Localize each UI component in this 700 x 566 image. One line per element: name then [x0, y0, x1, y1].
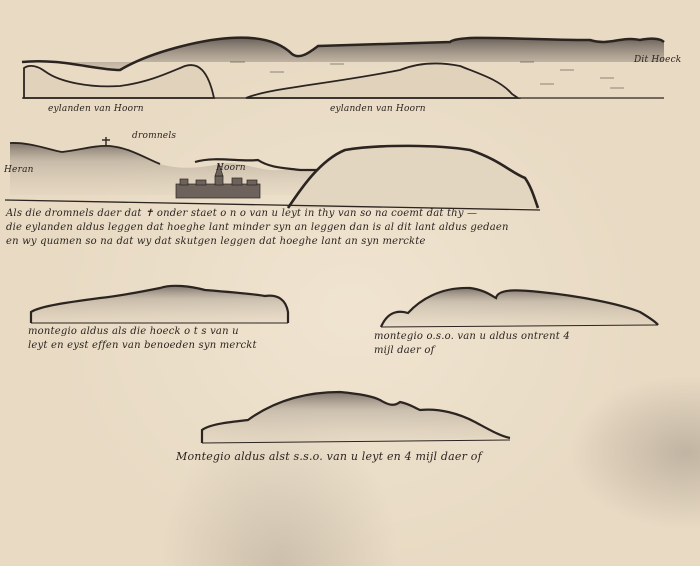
profile-5-caption: Montegio aldus alst s.s.o. van u leyt en… [176, 450, 482, 463]
profile-3-caption-line-2: leyt en eyst effen van benoeden syn merc… [28, 339, 257, 353]
profile-1-drawing [22, 38, 664, 98]
profile-4-drawing [381, 288, 658, 327]
description-paragraph: Als die dromnels daer dat ✝ onder staet … [6, 207, 509, 249]
profile-4-caption-line-1: montegio o.s.o. van u aldus ontrent 4 [374, 330, 570, 344]
coastal-profile-drawings [0, 0, 700, 566]
profile-1-label-right: Dit Hoeck [634, 55, 681, 65]
profile-3-caption: montegio aldus als die hoeck o t s van u… [28, 325, 257, 353]
profile-2-label-church: dromnels [132, 131, 176, 141]
profile-4-caption-line-2: mijl daer of [374, 344, 570, 358]
manuscript-page: eylanden van Hoorn eylanden van Hoorn Di… [0, 0, 700, 566]
profile-2-drawing [5, 137, 540, 210]
profile-5-drawing [202, 392, 510, 443]
profile-2-label-town: Hoorn [216, 163, 246, 173]
profile-3-drawing [31, 286, 288, 323]
profile-1-caption-right: eylanden van Hoorn [330, 104, 426, 114]
profile-4-caption: montegio o.s.o. van u aldus ontrent 4 mi… [374, 330, 570, 358]
profile-3-caption-line-1: montegio aldus als die hoeck o t s van u [28, 325, 257, 339]
paragraph-line-1: Als die dromnels daer dat ✝ onder staet … [6, 207, 509, 221]
profile-1-caption-left: eylanden van Hoorn [48, 104, 144, 114]
profile-2-label-left: Heran [4, 165, 34, 175]
paragraph-line-2: die eylanden aldus leggen dat hoeghe lan… [6, 221, 509, 235]
paragraph-line-3: en wy quamen so na dat wy dat skutgen le… [6, 235, 509, 249]
